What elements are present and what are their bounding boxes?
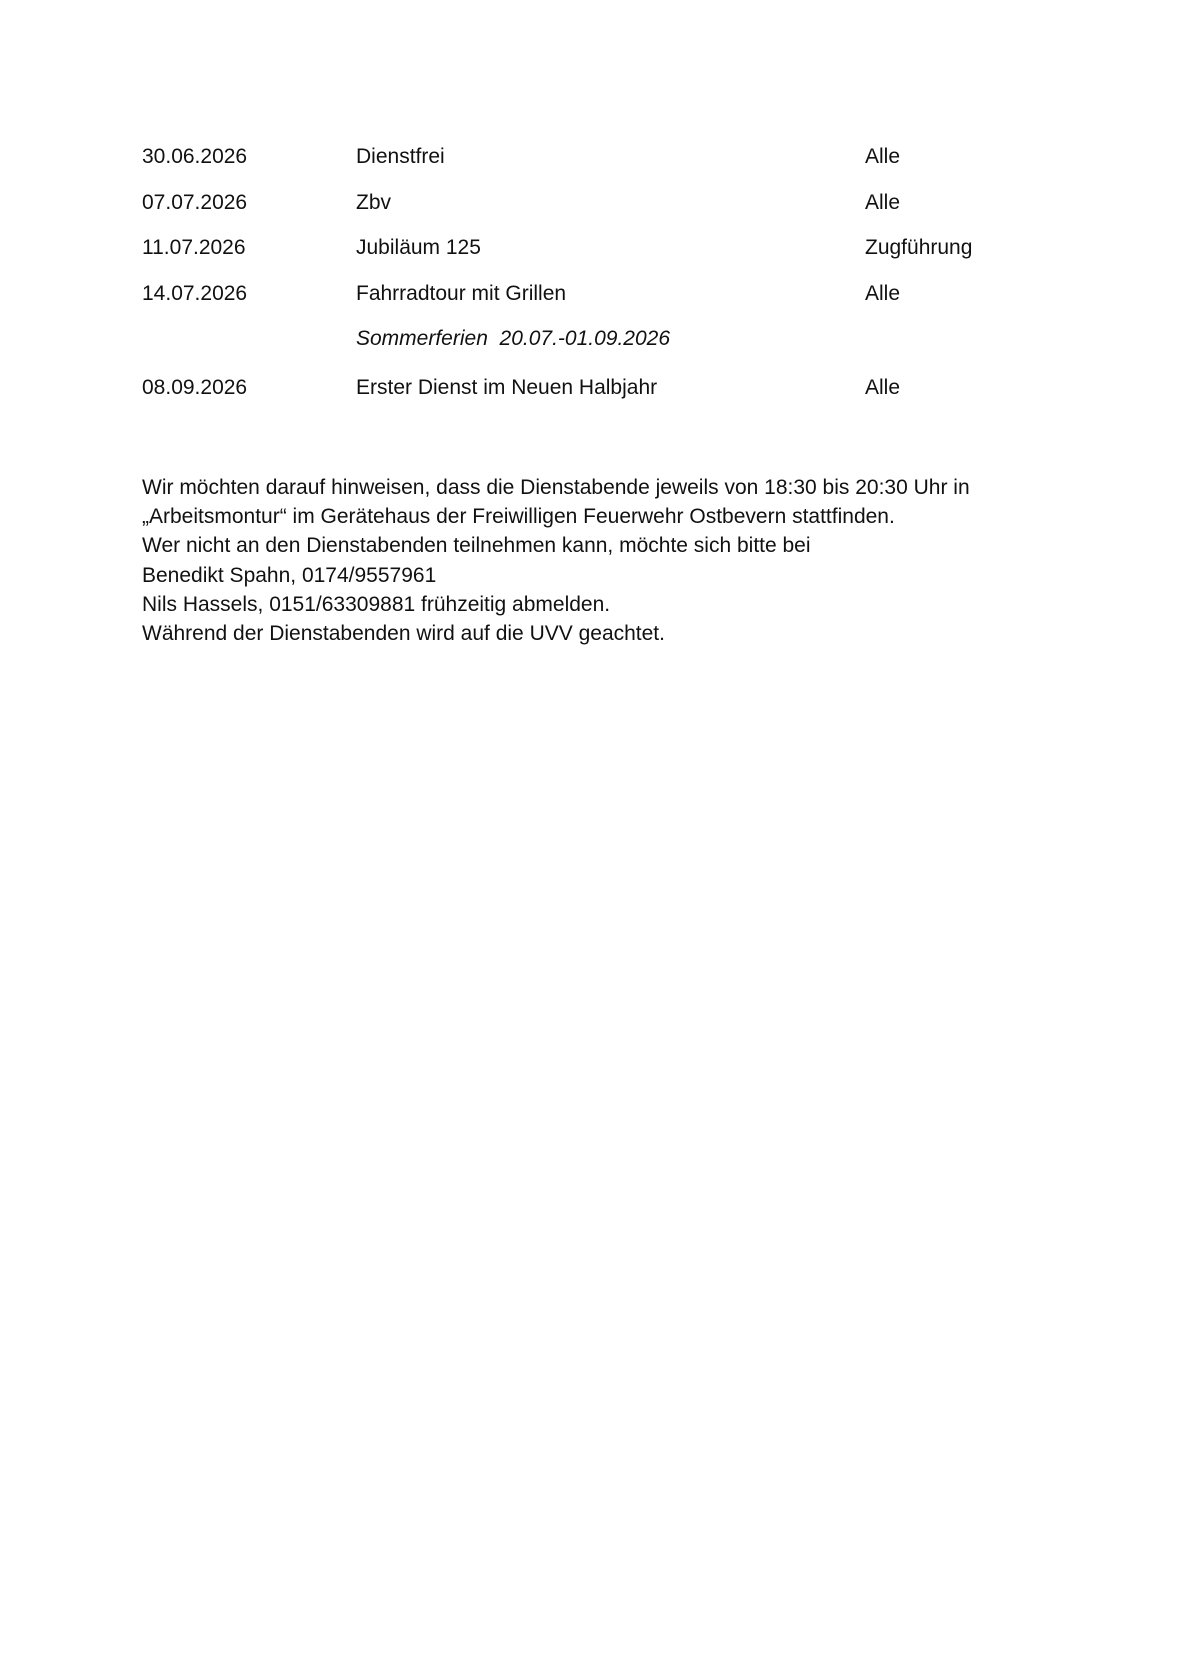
- schedule-event: Erster Dienst im Neuen Halbjahr: [356, 373, 657, 403]
- schedule-date: 30.06.2026: [142, 142, 247, 172]
- notice-line: Wer nicht an den Dienstabenden teilnehme…: [142, 531, 1042, 560]
- notice-line: Während der Dienstabenden wird auf die U…: [142, 619, 1042, 648]
- schedule-date: 14.07.2026: [142, 279, 247, 309]
- notice-contact-line: Nils Hassels, 0151/63309881 frühzeitig a…: [142, 590, 1042, 619]
- schedule-group: Alle: [865, 142, 900, 172]
- document-page: 30.06.2026 Dienstfrei Alle 07.07.2026 Zb…: [0, 0, 1185, 1680]
- schedule-row-holiday-note: Sommerferien 20.07.-01.09.2026: [142, 324, 1042, 373]
- schedule-group: Zugführung: [865, 233, 972, 263]
- notice-paragraph: Wir möchten darauf hinweisen, dass die D…: [142, 473, 1042, 648]
- schedule-event: Fahrradtour mit Grillen: [356, 279, 566, 309]
- schedule-row: 07.07.2026 Zbv Alle: [142, 188, 1042, 234]
- schedule-row: 11.07.2026 Jubiläum 125 Zugführung: [142, 233, 1042, 279]
- schedule-event: Zbv: [356, 188, 391, 218]
- schedule-row: 14.07.2026 Fahrradtour mit Grillen Alle: [142, 279, 1042, 325]
- schedule-event: Jubiläum 125: [356, 233, 481, 263]
- schedule-group: Alle: [865, 279, 900, 309]
- schedule-row: 08.09.2026 Erster Dienst im Neuen Halbja…: [142, 373, 1042, 419]
- notice-line: „Arbeitsmontur“ im Gerätehaus der Freiwi…: [142, 502, 1042, 531]
- notice-contact-line: Benedikt Spahn, 0174/9557961: [142, 561, 1042, 590]
- holiday-note: Sommerferien 20.07.-01.09.2026: [356, 324, 670, 354]
- schedule-table: 30.06.2026 Dienstfrei Alle 07.07.2026 Zb…: [142, 142, 1042, 419]
- notice-line: Wir möchten darauf hinweisen, dass die D…: [142, 473, 1042, 502]
- schedule-date: 08.09.2026: [142, 373, 247, 403]
- schedule-event: Dienstfrei: [356, 142, 445, 172]
- schedule-group: Alle: [865, 188, 900, 218]
- schedule-date: 11.07.2026: [142, 233, 246, 263]
- schedule-date: 07.07.2026: [142, 188, 247, 218]
- schedule-group: Alle: [865, 373, 900, 403]
- schedule-row: 30.06.2026 Dienstfrei Alle: [142, 142, 1042, 188]
